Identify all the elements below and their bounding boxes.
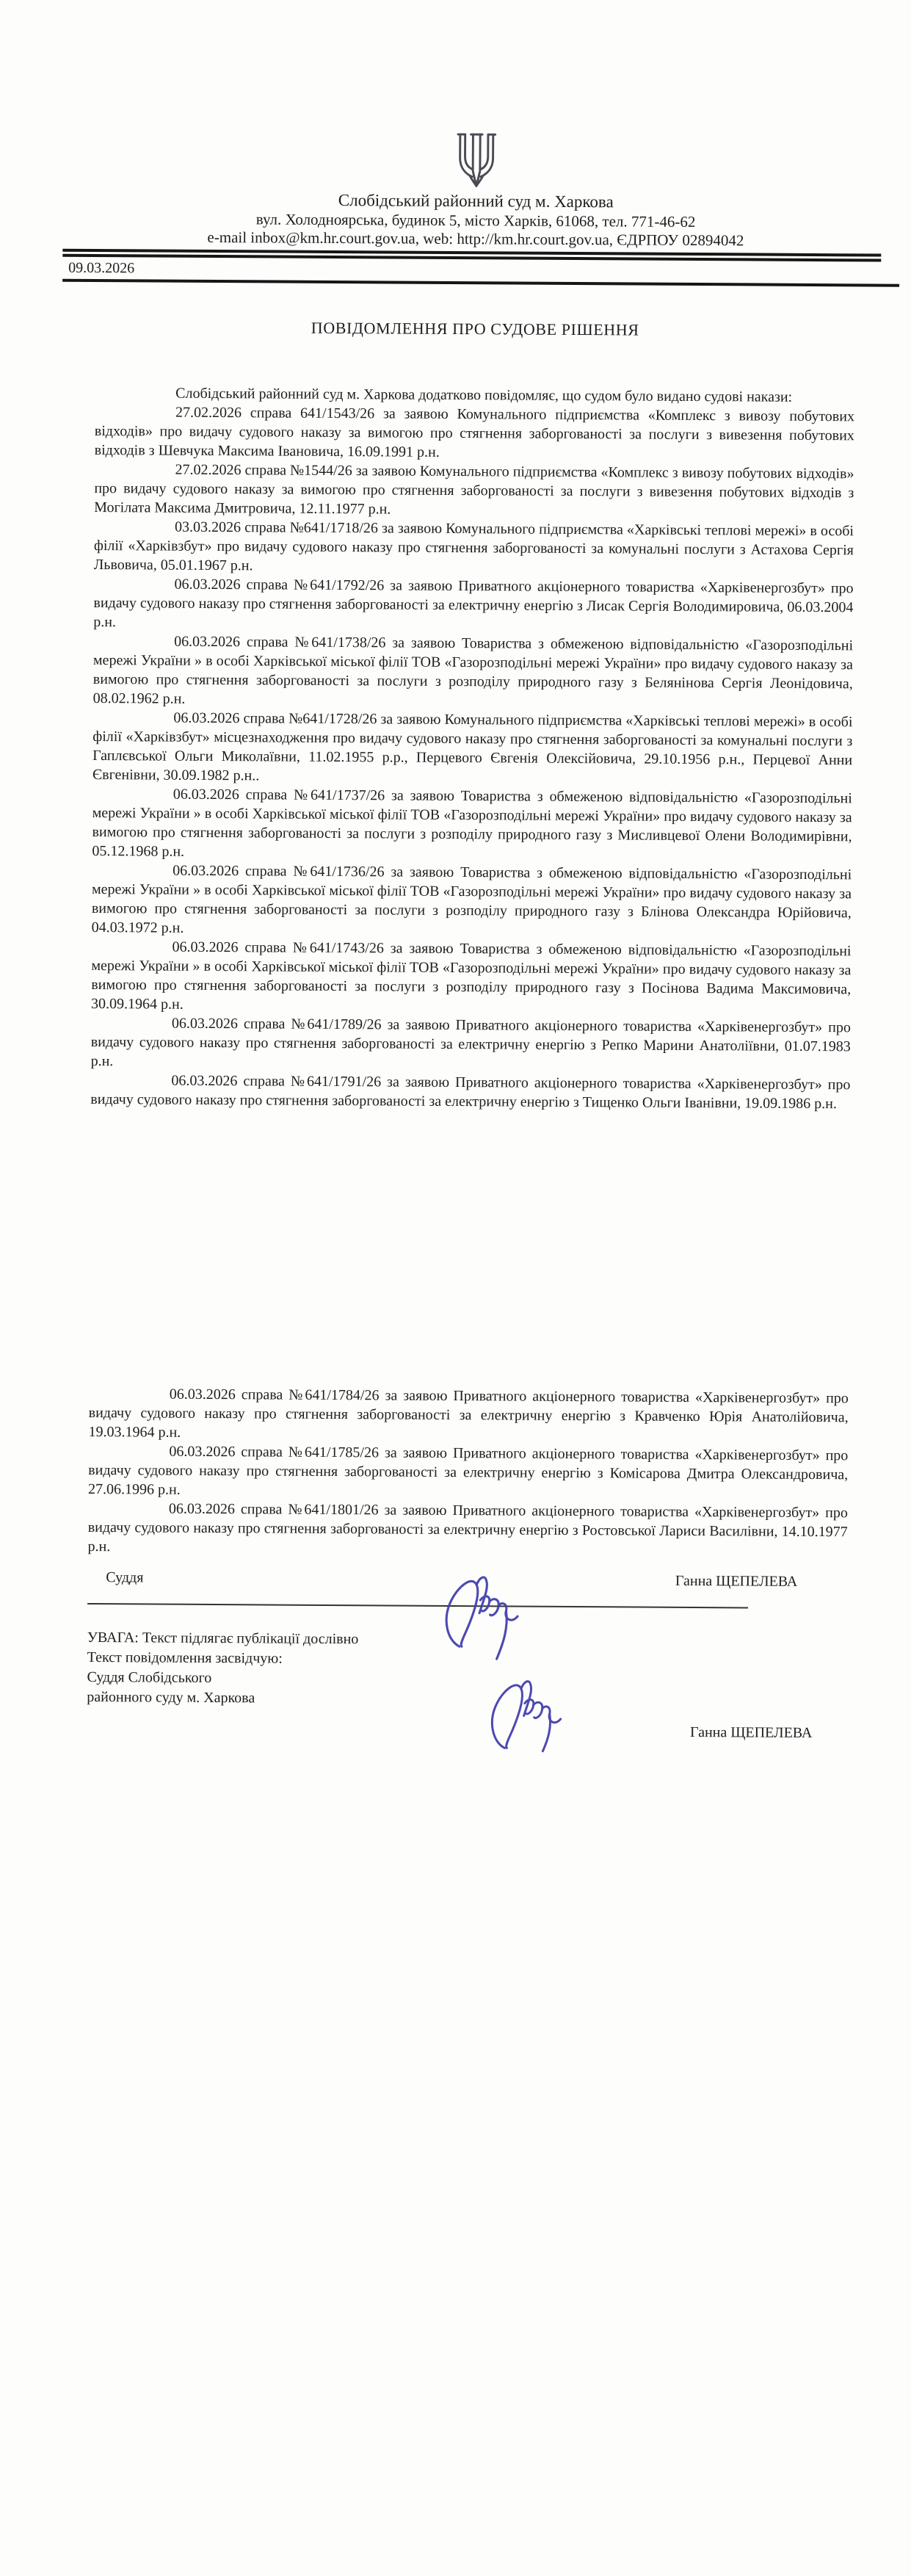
page-break-gap [0,1108,906,1389]
handwritten-signature-icon [479,1668,586,1765]
case-paragraph: 06.03.2026 справа №641/1728/26 за заявою… [92,708,853,789]
document-body: Слобідський районний суд м. Харкова дода… [90,383,854,1113]
case-paragraph: 06.03.2026 справа №641/1738/26 за заявою… [93,632,854,712]
case-paragraph: 06.03.2026 справа №641/1785/26 за заявою… [88,1441,848,1503]
judge-label: Суддя [87,1568,143,1587]
court-name: Слобідський районний суд м. Харкова [96,189,856,213]
judge-name: Ганна ЩЕПЕЛЕВА [675,1571,847,1591]
document-title: ПОВІДОМЛЕННЯ ПРО СУДОВЕ РІШЕННЯ [95,316,855,341]
page-content: Слобідський районний суд м. Харкова вул.… [0,0,911,2576]
case-paragraph: 06.03.2026 справа №641/1743/26 за заявою… [91,937,852,1018]
document-page: Слобідський районний суд м. Харкова вул.… [0,0,911,2576]
case-paragraph: 06.03.2026 справа №641/1801/26 за заявою… [87,1499,847,1560]
case-paragraph: 27.02.2026 справа 641/1543/26 за заявою … [95,402,854,464]
document-date: 09.03.2026 [68,259,911,282]
case-paragraph: 03.03.2026 справа №641/1718/26 за заявою… [94,517,854,579]
cert-judge-name: Ганна ЩЕПЕЛЕВА [690,1723,812,1743]
letterhead: Слобідський районний суд м. Харкова вул.… [95,0,857,250]
case-paragraph: 06.03.2026 справа №641/1784/26 за заявою… [88,1384,848,1446]
ukraine-trident-icon [96,129,856,194]
case-paragraph: 06.03.2026 справа №641/1792/26 за заявою… [93,574,853,636]
case-paragraph: 27.02.2026 справа №1544/26 за заявою Ком… [94,460,854,521]
court-contact: e-mail inbox@km.hr.court.gov.ua, web: ht… [95,228,855,250]
document-body-page2: 06.03.2026 справа №641/1784/26 за заявою… [87,1384,848,1560]
case-paragraph: 06.03.2026 справа №641/1791/26 за заявою… [90,1071,850,1113]
case-paragraph: 06.03.2026 справа №641/1789/26 за заявою… [91,1013,851,1075]
handwritten-signature-icon [438,1564,538,1664]
case-paragraph: 06.03.2026 справа №641/1736/26 за заявою… [92,861,852,941]
case-paragraph: 06.03.2026 справа №641/1737/26 за заявою… [92,784,852,865]
signature-rule [87,1603,748,1608]
